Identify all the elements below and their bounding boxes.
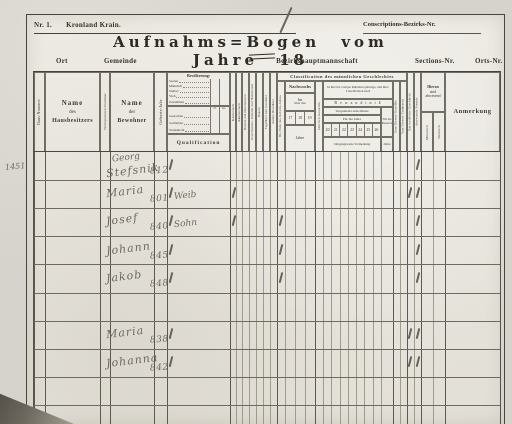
- crownland-label: Kronland Krain.: [66, 21, 121, 29]
- grid-vline-dark: [315, 152, 316, 424]
- grid-vline-light: [270, 152, 271, 424]
- entry-tick-f1: [408, 187, 412, 198]
- grid-vline-light: [348, 152, 349, 424]
- entry-tick-year: [169, 244, 173, 255]
- grid-vline-light: [242, 152, 243, 424]
- entry-tick-year: [169, 356, 173, 367]
- col-occupation-2: Bauern: [256, 72, 263, 152]
- entry-tick-year: [169, 187, 173, 198]
- grid-vline-light: [285, 152, 286, 424]
- entry-name: Josef: [105, 211, 139, 228]
- entry-tick-year: [169, 159, 173, 170]
- entry-tick-year: [169, 215, 173, 226]
- ort-label: Ort: [56, 57, 68, 65]
- grid-vline-light: [381, 152, 382, 424]
- entry-tick-f2: [415, 272, 419, 283]
- house-number-annotation: 1451: [5, 161, 26, 172]
- orts-nr-label: Orts-Nr.: [475, 57, 503, 65]
- col-occupation-1: Gewerbsleute, Künstler und Handwerker: [249, 72, 256, 152]
- grid-vline-light: [331, 152, 332, 424]
- census-table: Haus-Nummer Name des Hausbesitzers Wohnp…: [33, 71, 501, 424]
- grid-row-line: [34, 377, 500, 378]
- entry-tick-f2: [415, 356, 419, 367]
- grid-vline-dark: [230, 152, 231, 424]
- grid-vline-light: [295, 152, 296, 424]
- entry-birth-year: 842: [150, 363, 169, 374]
- grid-vline-light: [236, 152, 237, 424]
- bezirkshauptmannschaft-label: Bezirkshauptmannschaft: [237, 57, 397, 65]
- grid-row-line: [34, 236, 500, 237]
- entry-birth-year: 845: [150, 250, 169, 261]
- grid-vline-light: [256, 152, 257, 424]
- grid-vline-light: [414, 152, 415, 424]
- grid-row-line: [34, 321, 500, 322]
- grid-vline-dark: [393, 152, 394, 424]
- entry-tick-f2: [415, 187, 419, 198]
- entry-tick-year: [169, 272, 173, 283]
- grid-vline-dark: [277, 152, 278, 424]
- entry-birth-year: 812: [150, 165, 169, 176]
- entry-birth-year: 801: [150, 194, 169, 205]
- entry-tick-f2: [415, 215, 419, 226]
- col-occupation-3: Taglöhner und Inwohner: [263, 72, 270, 152]
- entry-birth-year: 848: [150, 278, 169, 289]
- grid-vline-light: [263, 152, 264, 424]
- grid-vline-light: [305, 152, 306, 424]
- col-occupation-0: Beamte und Honoratioren: [242, 72, 249, 152]
- grid-row-line: [34, 293, 500, 294]
- grid-row-line: [34, 264, 500, 265]
- grid-vline-dark: [421, 152, 422, 424]
- form-no-label: Nr. 1.: [34, 21, 52, 29]
- entry-birth-year: 840: [150, 222, 169, 233]
- entry-name: Maria: [105, 324, 144, 342]
- entry-relation: Weib: [174, 190, 197, 202]
- grid-vline-light: [433, 152, 434, 424]
- entry-tick-age: [279, 244, 283, 255]
- grid-vline-light: [364, 152, 365, 424]
- sections-nr-label: Sections-Nr.: [415, 57, 455, 65]
- form-paper: Nr. 1.Kronland Krain. Conscriptions-Bezi…: [26, 14, 505, 424]
- grid-row-line: [34, 208, 500, 209]
- entry-tick-year: [169, 328, 173, 339]
- entry-tick-f1: [408, 356, 412, 367]
- grid-vline-dark: [34, 152, 35, 424]
- entry-tick-f2: [415, 328, 419, 339]
- grid-row-line: [34, 405, 500, 406]
- entry-name: Johann: [105, 239, 151, 257]
- scanned-census-form: 1451 Nr. 1.Kronland Krain. Conscriptions…: [0, 0, 512, 424]
- entry-tick-f2: [415, 244, 419, 255]
- entry-relation: Sohn: [174, 218, 198, 230]
- grid-vline-dark: [445, 152, 446, 424]
- entry-tick-age: [279, 215, 283, 226]
- col-occupation-4: Andere Bewohner: [270, 72, 277, 152]
- entry-tick-f1: [408, 328, 412, 339]
- grid-vline-light: [323, 152, 324, 424]
- entry-tick-f2: [415, 159, 419, 170]
- entry-tick-age: [279, 272, 283, 283]
- entry-birth-year: 838: [150, 335, 169, 346]
- entry-name: Maria: [105, 183, 144, 201]
- grid-vline-light: [400, 152, 401, 424]
- grid-row-line: [34, 349, 500, 350]
- grid-vline-light: [249, 152, 250, 424]
- grid-vline-dark: [45, 152, 46, 424]
- grid-vline-light: [356, 152, 357, 424]
- grid-vline-light: [340, 152, 341, 424]
- grid-vline-dark: [100, 152, 101, 424]
- grid-row-line: [34, 180, 500, 181]
- grid-vline-light: [373, 152, 374, 424]
- gemeinde-label: Gemeinde: [104, 57, 137, 65]
